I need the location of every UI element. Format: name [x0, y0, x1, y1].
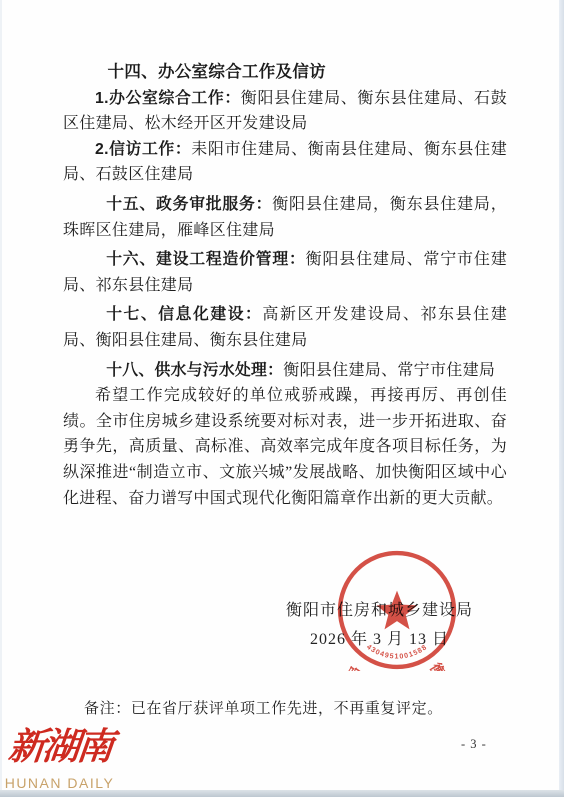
- note-label: 备注：: [84, 701, 131, 717]
- item-label: 2.信访工作：: [95, 141, 191, 158]
- note-line: 备注：已在省厅获评单项工作先进，不再重复评定。: [84, 697, 443, 718]
- section-item: 十七、信息化建设：高新区开发建设局、祁东县住建局、衡阳县住建局、衡东县住建局: [63, 302, 507, 353]
- closing-paragraph: 希望工作完成较好的单位戒骄戒躁，再接再厉、再创佳绩。全市住房城乡建设系统要对标对…: [63, 383, 507, 511]
- seal-ring-text: 衡阳市住房和城乡建设局: [339, 660, 456, 671]
- item-label: 十八、供水与污水处理：: [106, 362, 283, 379]
- section-heading: 十四、办公室综合工作及信访: [63, 60, 507, 86]
- scan-edge-right: [559, 0, 564, 797]
- scan-edge-left: [0, 0, 2, 797]
- page-number: - 3 -: [461, 737, 487, 752]
- document-body: 十四、办公室综合工作及信访1.办公室综合工作：衡阳县住建局、衡东县住建局、石鼓区…: [63, 60, 507, 511]
- note-text: 已在省厅获评单项工作先进，不再重复评定。: [131, 701, 443, 717]
- signature-block: 衡阳市住房和城乡建设局 2026 年 3 月 13 日: [286, 596, 473, 654]
- section-item: 十六、建设工程造价管理：衡阳县住建局、常宁市住建局、祁东县住建局: [63, 247, 507, 298]
- item-label: 1.办公室综合工作：: [95, 90, 241, 107]
- section-item: 1.办公室综合工作：衡阳县住建局、衡东县住建局、石鼓区住建局、松木经开区开发建设…: [63, 86, 507, 137]
- section-item: 十五、政务审批服务：衡阳县住建局，衡东县住建局，珠晖区住建局，雁峰区住建局: [63, 192, 507, 243]
- item-label: 十五、政务审批服务：: [106, 196, 272, 213]
- item-label: 十七、信息化建设：: [106, 306, 262, 323]
- signature-org: 衡阳市住房和城乡建设局: [286, 596, 473, 625]
- scanned-document-page: 十四、办公室综合工作及信访1.办公室综合工作：衡阳县住建局、衡东县住建局、石鼓区…: [0, 0, 564, 797]
- logo-english-text: HUNAN DAILY: [2, 775, 117, 791]
- item-label: 十六、建设工程造价管理：: [106, 251, 305, 268]
- hunan-daily-logo: 新湖南 HUNAN DAILY: [2, 722, 117, 791]
- signature-date: 2026 年 3 月 13 日: [286, 625, 473, 654]
- section-item: 2.信访工作：耒阳市住建局、衡南县住建局、衡东县住建局、石鼓区住建局: [63, 137, 507, 188]
- scan-edge-bottom: [0, 790, 564, 797]
- section-item: 十八、供水与污水处理：衡阳县住建局、常宁市住建局: [63, 358, 507, 384]
- logo-chinese-text: 新湖南: [0, 722, 120, 774]
